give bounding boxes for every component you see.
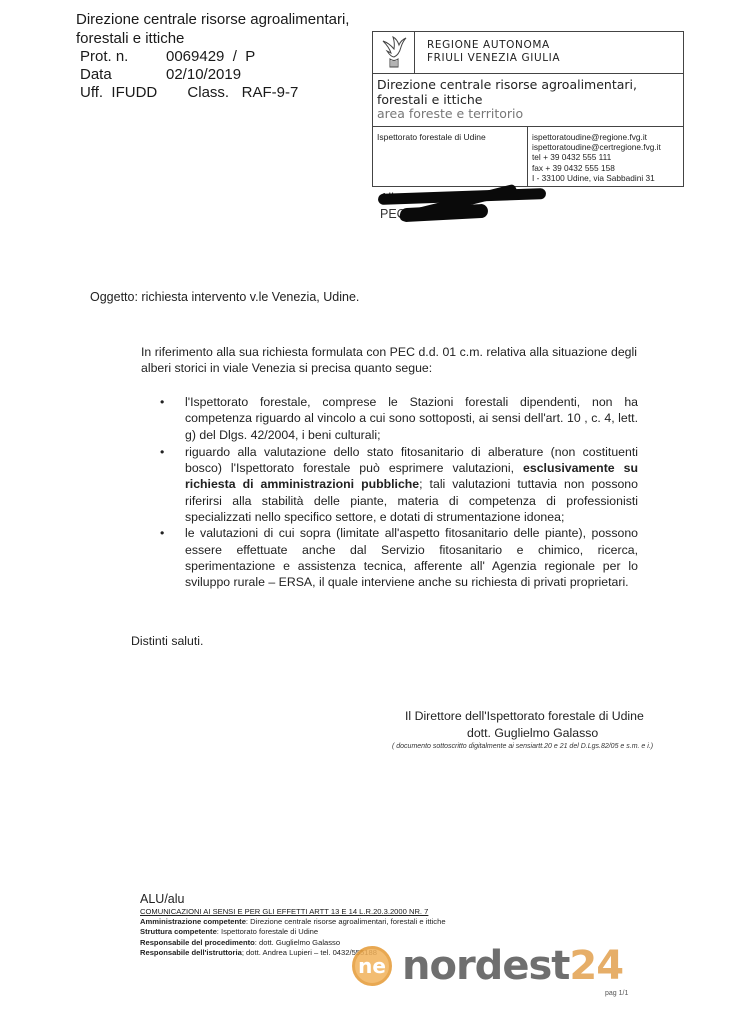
bullet-list: • l'Ispettorato forestale, comprese le S… <box>160 394 638 591</box>
address: I - 33100 Udine, via Sabbadini 31 <box>532 173 661 183</box>
watermark-text-orange: 24 <box>569 943 623 989</box>
phone-number: tel + 39 0432 555 111 <box>532 152 661 162</box>
office-name: Ispettorato forestale di Udine <box>373 127 528 187</box>
office-info: Ispettorato forestale di Udine ispettora… <box>373 127 683 187</box>
signer-title: Il Direttore dell'Ispettorato forestale … <box>380 708 680 725</box>
department-name-2: forestali e ittiche <box>76 29 349 48</box>
footer-label: Amministrazione competente <box>140 917 246 926</box>
region-name: REGIONE AUTONOMA FRIULI VENEZIA GIULIA <box>415 32 560 73</box>
signature-block: Il Direttore dell'Ispettorato forestale … <box>380 708 680 752</box>
footer-value: : Ispettorato forestale di Udine <box>217 927 318 936</box>
watermark-text: nordest24 <box>402 946 623 986</box>
prot-value: 0069429 / P <box>166 48 255 66</box>
redaction-mark <box>400 204 489 223</box>
list-item: • l'Ispettorato forestale, comprese le S… <box>160 394 638 443</box>
author-initials: ALU/alu <box>140 892 540 907</box>
bullet-icon: • <box>160 444 164 460</box>
pec-email-link[interactable]: ispettoratoudine@certregione.fvg.it <box>532 142 661 152</box>
contact-list: ispettoratoudine@regione.fvg.it ispettor… <box>528 127 661 187</box>
region-line-2: FRIULI VENEZIA GIULIA <box>427 52 560 65</box>
page-number: pag 1/1 <box>605 990 628 997</box>
salutation: Distinti saluti. <box>131 634 203 648</box>
area-name: area foreste e territorio <box>377 107 683 122</box>
intro-paragraph: In riferimento alla sua richiesta formul… <box>141 344 637 377</box>
office-row: Uff. IFUDDClass. RAF-9-7 <box>76 84 349 102</box>
subject-line: Oggetto: richiesta intervento v.le Venez… <box>90 290 359 304</box>
letterhead-region-row: REGIONE AUTONOMA FRIULI VENEZIA GIULIA <box>373 32 683 74</box>
list-item: • le valutazioni di cui sopra (limitate … <box>160 525 638 590</box>
nordest24-watermark: ne nordest24 <box>352 946 623 986</box>
protocol-number-row: Prot. n.0069429 / P <box>76 48 349 66</box>
date-row: Data02/10/2019 <box>76 66 349 84</box>
class-value: RAF-9-7 <box>242 84 299 102</box>
direction-name: Direzione centrale risorse agroalimentar… <box>373 74 683 127</box>
direction-line-2: forestali e ittiche <box>377 93 683 108</box>
department-name: Direzione centrale risorse agroalimentar… <box>76 10 349 29</box>
communications-heading: COMUNICAZIONI AI SENSI E PER GLI EFFETTI… <box>140 907 540 917</box>
letterhead: REGIONE AUTONOMA FRIULI VENEZIA GIULIA D… <box>372 31 684 187</box>
class-label: Class. <box>187 84 229 102</box>
footer-label: Responsabile dell'istruttoria <box>140 948 242 957</box>
digital-signature-note: ( documento sottoscritto digitalmente ai… <box>380 742 680 752</box>
prot-label: Prot. n. <box>80 48 166 66</box>
direction-line-1: Direzione centrale risorse agroalimentar… <box>377 78 683 93</box>
email-link[interactable]: ispettoratoudine@regione.fvg.it <box>532 132 661 142</box>
footer-value: : Direzione centrale risorse agroaliment… <box>246 917 446 926</box>
protocol-block: Direzione centrale risorse agroalimentar… <box>76 10 349 102</box>
bullet-text: l'Ispettorato forestale, comprese le Sta… <box>185 395 638 442</box>
signer-name: dott. Guglielmo Galasso <box>380 725 680 742</box>
bullet-icon: • <box>160 525 164 541</box>
office-label: Uff. <box>80 84 103 102</box>
region-line-1: REGIONE AUTONOMA <box>427 39 560 52</box>
footer-value: : dott. Guglielmo Galasso <box>255 938 340 947</box>
footer-line: Amministrazione competente: Direzione ce… <box>140 917 540 927</box>
date-label: Data <box>80 66 166 84</box>
eagle-crest-icon <box>373 32 415 73</box>
office-value: IFUDD <box>111 84 187 102</box>
bullet-text: le valutazioni di cui sopra (limitate al… <box>185 526 638 589</box>
footer-label: Responsabile del procedimento <box>140 938 255 947</box>
date-value: 02/10/2019 <box>166 66 241 84</box>
footer-line: Struttura competente: Ispettorato forest… <box>140 927 540 937</box>
list-item: • riguardo alla valutazione dello stato … <box>160 444 638 525</box>
nordest24-logo-icon: ne <box>352 946 392 986</box>
bullet-icon: • <box>160 394 164 410</box>
watermark-text-gray: nordest <box>402 943 569 989</box>
footer-label: Struttura competente <box>140 927 217 936</box>
fax-number: fax + 39 0432 555 158 <box>532 163 661 173</box>
